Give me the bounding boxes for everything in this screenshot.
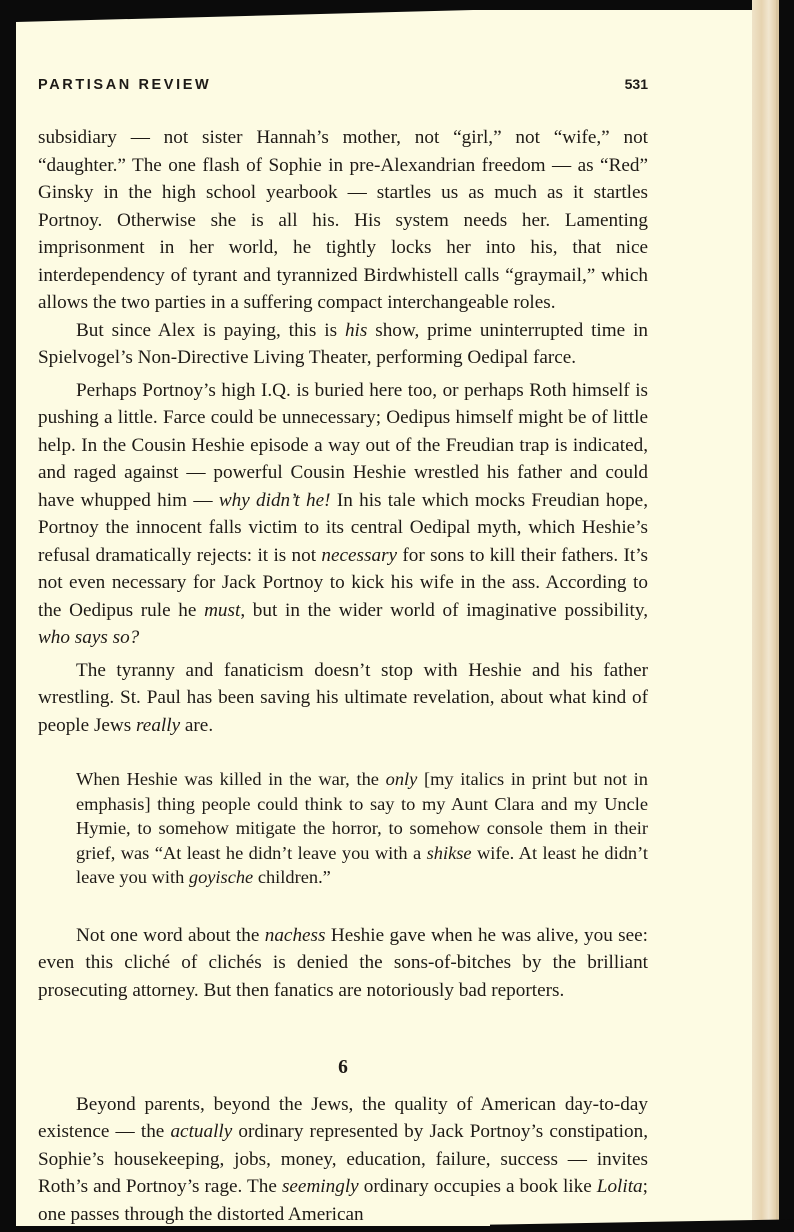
page-number: 531 — [625, 76, 648, 92]
block-quote: When Heshie was killed in the war, the o… — [76, 767, 648, 890]
paragraph: Perhaps Portnoy’s high I.Q. is buried he… — [38, 377, 648, 652]
italic-text: goyische — [189, 867, 253, 887]
italic-text: why didn’t he! — [219, 490, 331, 511]
journal-title: PARTISAN REVIEW — [38, 77, 211, 93]
text-run: are. — [180, 715, 213, 736]
paragraph: subsidiary — not sister Hannah’s mother,… — [38, 124, 648, 317]
text-run: subsidiary — not sister Hannah’s mother,… — [38, 127, 648, 313]
italic-text: only — [386, 769, 418, 789]
body-text: subsidiary — not sister Hannah’s mother,… — [38, 124, 648, 1228]
running-head: PARTISAN REVIEW 531 — [38, 76, 648, 100]
text-run: The tyranny and fanaticism doesn’t stop … — [38, 660, 648, 736]
italic-text: nachess — [265, 925, 326, 946]
italic-text: must — [204, 600, 240, 621]
paragraph: Not one word about the nachess Heshie ga… — [38, 922, 648, 1005]
text-run: When Heshie was killed in the war, the — [76, 769, 386, 789]
italic-text: seemingly — [282, 1176, 359, 1197]
text-run: children.” — [253, 867, 331, 887]
text-run: , but in the wider world of imaginative … — [240, 600, 648, 621]
page-edge-line — [776, 0, 779, 1226]
paragraph: But since Alex is paying, this is his sh… — [38, 317, 648, 372]
italic-text: really — [136, 715, 180, 736]
text-run: But since Alex is paying, this is — [76, 320, 345, 341]
paragraph: Beyond parents, beyond the Jews, the qua… — [38, 1091, 648, 1229]
italic-text: his — [345, 320, 367, 341]
italic-text: who says so? — [38, 627, 139, 648]
italic-text: necessary — [321, 545, 397, 566]
paragraph: The tyranny and fanaticism doesn’t stop … — [38, 657, 648, 740]
page-content: PARTISAN REVIEW 531 subsidiary — not sis… — [38, 76, 648, 1228]
italic-text: actually — [170, 1121, 232, 1142]
italic-text: shikse — [427, 843, 472, 863]
italic-text: Lolita — [597, 1176, 643, 1197]
page-stack-edge — [752, 0, 776, 1226]
section-number: 6 — [38, 1054, 648, 1082]
text-run: Not one word about the — [76, 925, 265, 946]
text-run: ordinary occupies a book like — [359, 1176, 597, 1197]
